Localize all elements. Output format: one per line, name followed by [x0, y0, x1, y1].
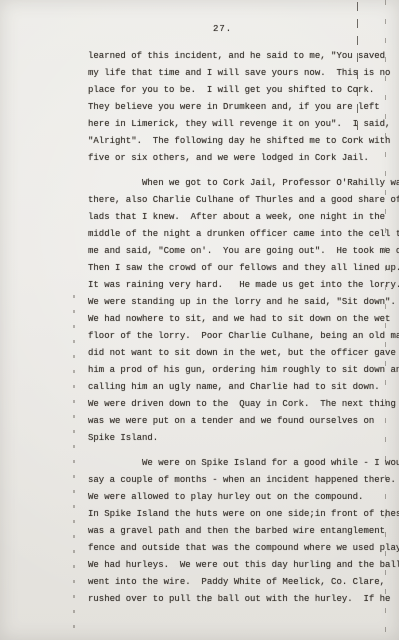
text-line: rushed over to pull the ball out with th…: [88, 591, 392, 608]
paragraph: We were on Spike Island for a good while…: [88, 455, 392, 608]
text-line: place for you to be. I will get you shif…: [88, 82, 392, 99]
text-line: It was raining very hard. He made us get…: [88, 277, 392, 294]
text-line: lads that I knew. After about a week, on…: [88, 209, 392, 226]
document-body: learned of this incident, and he said to…: [88, 48, 392, 608]
text-line: calling him an ugly name, and Charlie ha…: [88, 379, 392, 396]
text-line: my life that time and I will save yours …: [88, 65, 392, 82]
text-line: We were standing up in the lorry and he …: [88, 294, 392, 311]
text-line: fence and outside that was the compound …: [88, 540, 392, 557]
text-line: When we got to Cork Jail, Professor O'Ra…: [88, 175, 392, 192]
text-line: Spike Island.: [88, 430, 392, 447]
text-line: We were allowed to play hurley out on th…: [88, 489, 392, 506]
text-line: Then I saw the crowd of our fellows and …: [88, 260, 392, 277]
text-line: went into the wire. Paddy White of Meeli…: [88, 574, 392, 591]
text-line: me and said, "Come on'. You are going ou…: [88, 243, 392, 260]
text-line: there, also Charlie Culhane of Thurles a…: [88, 192, 392, 209]
text-line: was a gravel path and then the barbed wi…: [88, 523, 392, 540]
text-line: did not want to sit down in the wet, but…: [88, 345, 392, 362]
text-line: We were driven down to the Quay in Cork.…: [88, 396, 392, 413]
page-number: 27.: [213, 24, 232, 34]
text-line: middle of the night a drunken officer ca…: [88, 226, 392, 243]
text-line: In Spike Island the huts were on one sid…: [88, 506, 392, 523]
text-line: five or six others, and we were lodged i…: [88, 150, 392, 167]
text-line: We had nowhere to sit, and we had to sit…: [88, 311, 392, 328]
text-line: here in Limerick, they will revenge it o…: [88, 116, 392, 133]
text-line: was we were put on a tender and we found…: [88, 413, 392, 430]
text-line: say a couple of months - when an inciden…: [88, 472, 392, 489]
left-margin-dot-artifact: [73, 295, 75, 640]
text-line: We were on Spike Island for a good while…: [88, 455, 392, 472]
text-line: We had hurleys. We were out this day hur…: [88, 557, 392, 574]
paragraph: When we got to Cork Jail, Professor O'Ra…: [88, 175, 392, 447]
scanned-page: 27. learned of this incident, and he sai…: [0, 0, 399, 640]
text-line: learned of this incident, and he said to…: [88, 48, 392, 65]
text-line: floor of the lorry. Poor Charlie Culhane…: [88, 328, 392, 345]
text-line: "Alright". The following day he shifted …: [88, 133, 392, 150]
text-line: him a prod of his gun, ordering him roug…: [88, 362, 392, 379]
text-line: They believe you were in Drumkeen and, i…: [88, 99, 392, 116]
paragraph: learned of this incident, and he said to…: [88, 48, 392, 167]
